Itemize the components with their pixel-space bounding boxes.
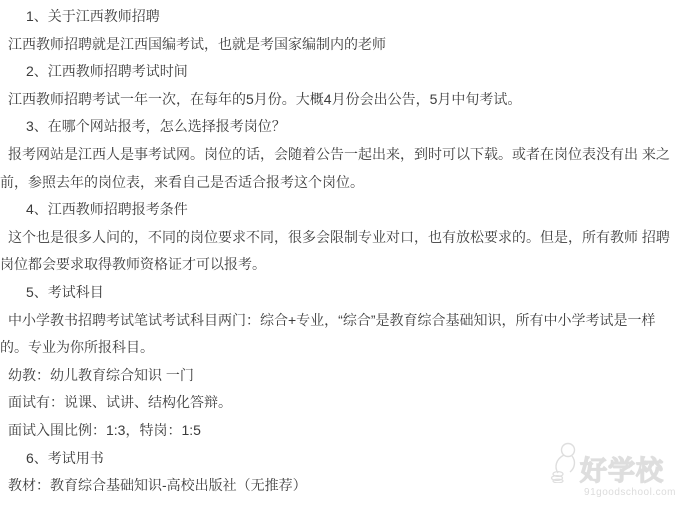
heading-website: 3、在哪个网站报考，怎么选择报考岗位？ [0, 113, 672, 141]
para-books: 教材：教育综合基础知识-高校出版社（无推荐） [0, 472, 672, 500]
para-website: 报考网站是江西人是事考试网。岗位的话，会随着公告一起出来，到时可以下载。或者在岗… [0, 141, 672, 196]
heading-about: 1、关于江西教师招聘 [0, 3, 672, 31]
article-body: 1、关于江西教师招聘 江西教师招聘就是江西国编考试，也就是考国家编制内的老师 2… [0, 3, 672, 500]
para-interview-ratio: 面试入围比例：1:3，特岗：1:5 [0, 417, 672, 445]
heading-exam-time: 2、江西教师招聘考试时间 [0, 58, 672, 86]
para-subjects: 中小学教书招聘考试笔试考试科目两门：综合+专业，“综合”是教育综合基础知识，所有… [0, 307, 672, 362]
para-requirements: 这个也是很多人问的，不同的岗位要求不同，很多会限制专业对口，也有放松要求的。但是… [0, 224, 672, 279]
para-interview-types: 面试有：说课、试讲、结构化答辩。 [0, 389, 672, 417]
heading-requirements: 4、江西教师招聘报考条件 [0, 196, 672, 224]
heading-books: 6、考试用书 [0, 445, 672, 473]
para-about: 江西教师招聘就是江西国编考试，也就是考国家编制内的老师 [0, 31, 672, 59]
para-exam-time: 江西教师招聘考试一年一次，在每年的5月份。大概4月份会出公告，5月中旬考试。 [0, 86, 672, 114]
heading-subjects: 5、考试科目 [0, 279, 672, 307]
para-preschool: 幼教：幼儿教育综合知识 一门 [0, 362, 672, 390]
